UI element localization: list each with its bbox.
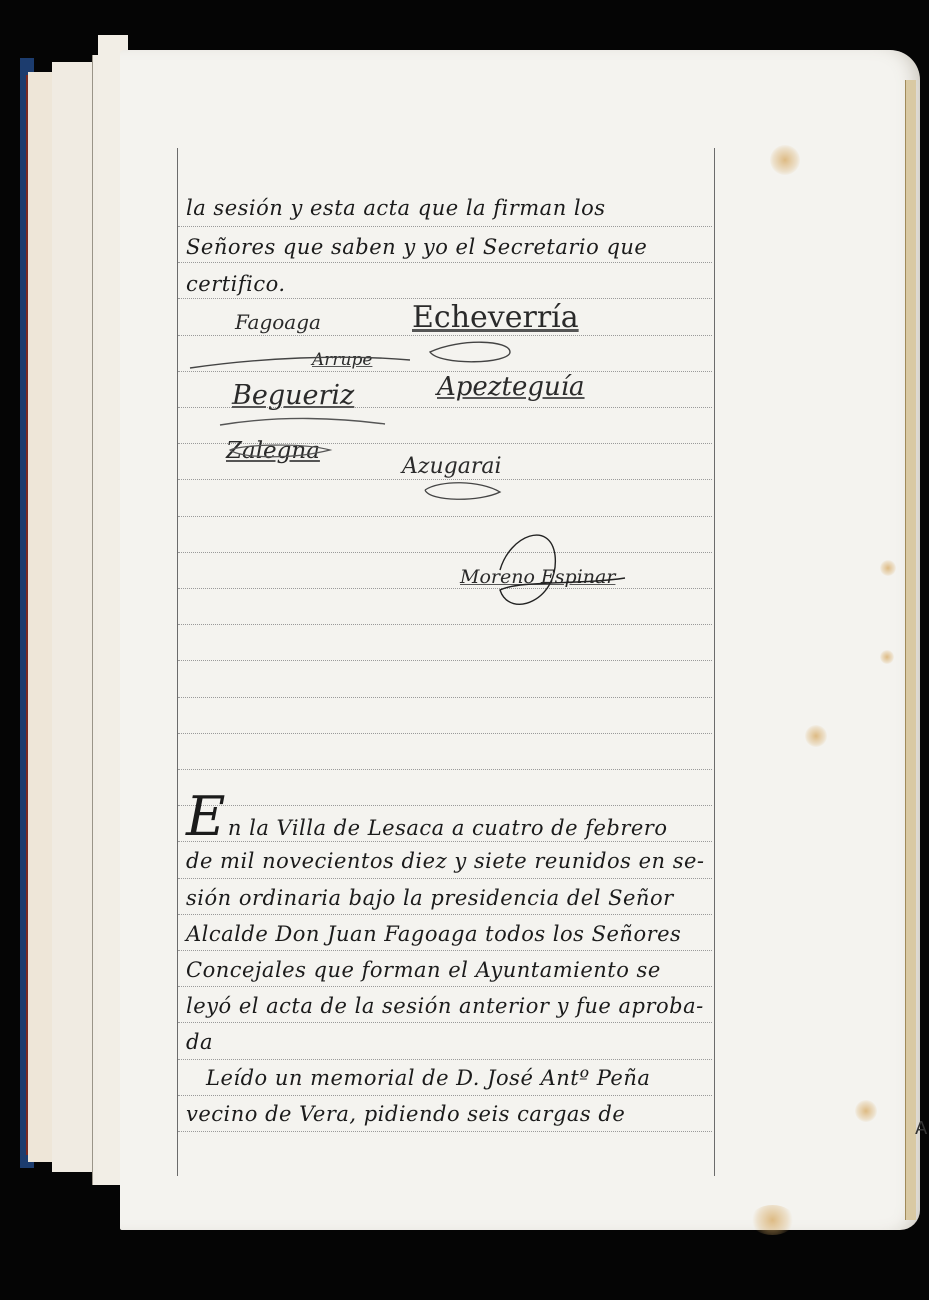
ruled-line — [178, 660, 712, 661]
ruled-line — [178, 878, 712, 879]
ruled-line — [178, 262, 712, 263]
page-fore-edge — [905, 80, 916, 1220]
text-span: n la Villa de Lesaca a cuatro de febrero — [228, 816, 668, 840]
ruled-line — [178, 298, 712, 299]
text-line: da — [186, 1030, 213, 1054]
text-line: sión ordinaria bajo la presidencia del S… — [186, 886, 674, 910]
text-line: certifico. — [186, 272, 286, 296]
text-line: Señores que saben y yo el Secretario que — [186, 235, 647, 259]
text-line: la sesión y esta acta que la firman los — [186, 196, 606, 220]
ruled-line — [178, 1022, 712, 1023]
foxing-stain — [770, 145, 800, 175]
ruled-line — [178, 1059, 712, 1060]
foxing-stain — [750, 1205, 795, 1235]
foxing-stain — [880, 650, 894, 664]
ruled-line — [178, 226, 712, 227]
entry-first-line: En la Villa de Lesaca a cuatro de febrer… — [186, 790, 667, 844]
margin-mark: A — [915, 1118, 927, 1139]
text-line: vecino de Vera, pidiendo seis cargas de — [186, 1102, 625, 1126]
text-line: Leído un memorial de D. José Antº Peña — [206, 1066, 650, 1090]
text-line: de mil novecientos diez y siete reunidos… — [186, 849, 705, 873]
foxing-stain — [880, 560, 896, 576]
signature-flourishes — [180, 330, 640, 630]
foxing-stain — [805, 725, 827, 747]
ruled-line — [178, 1095, 712, 1096]
ruled-line — [178, 733, 712, 734]
text-line: Alcalde Don Juan Fagoaga todos los Señor… — [186, 922, 681, 946]
ruled-line — [178, 914, 712, 915]
ruled-line — [178, 1131, 712, 1132]
text-line: leyó el acta de la sesión anterior y fue… — [186, 994, 704, 1018]
decorative-initial: E — [186, 785, 226, 848]
foxing-stain — [855, 1100, 877, 1122]
ruled-line — [178, 986, 712, 987]
ruled-line — [178, 697, 712, 698]
text-line: Concejales que forman el Ayuntamiento se — [186, 958, 661, 982]
ruled-line — [178, 950, 712, 951]
ruled-line — [178, 769, 712, 770]
